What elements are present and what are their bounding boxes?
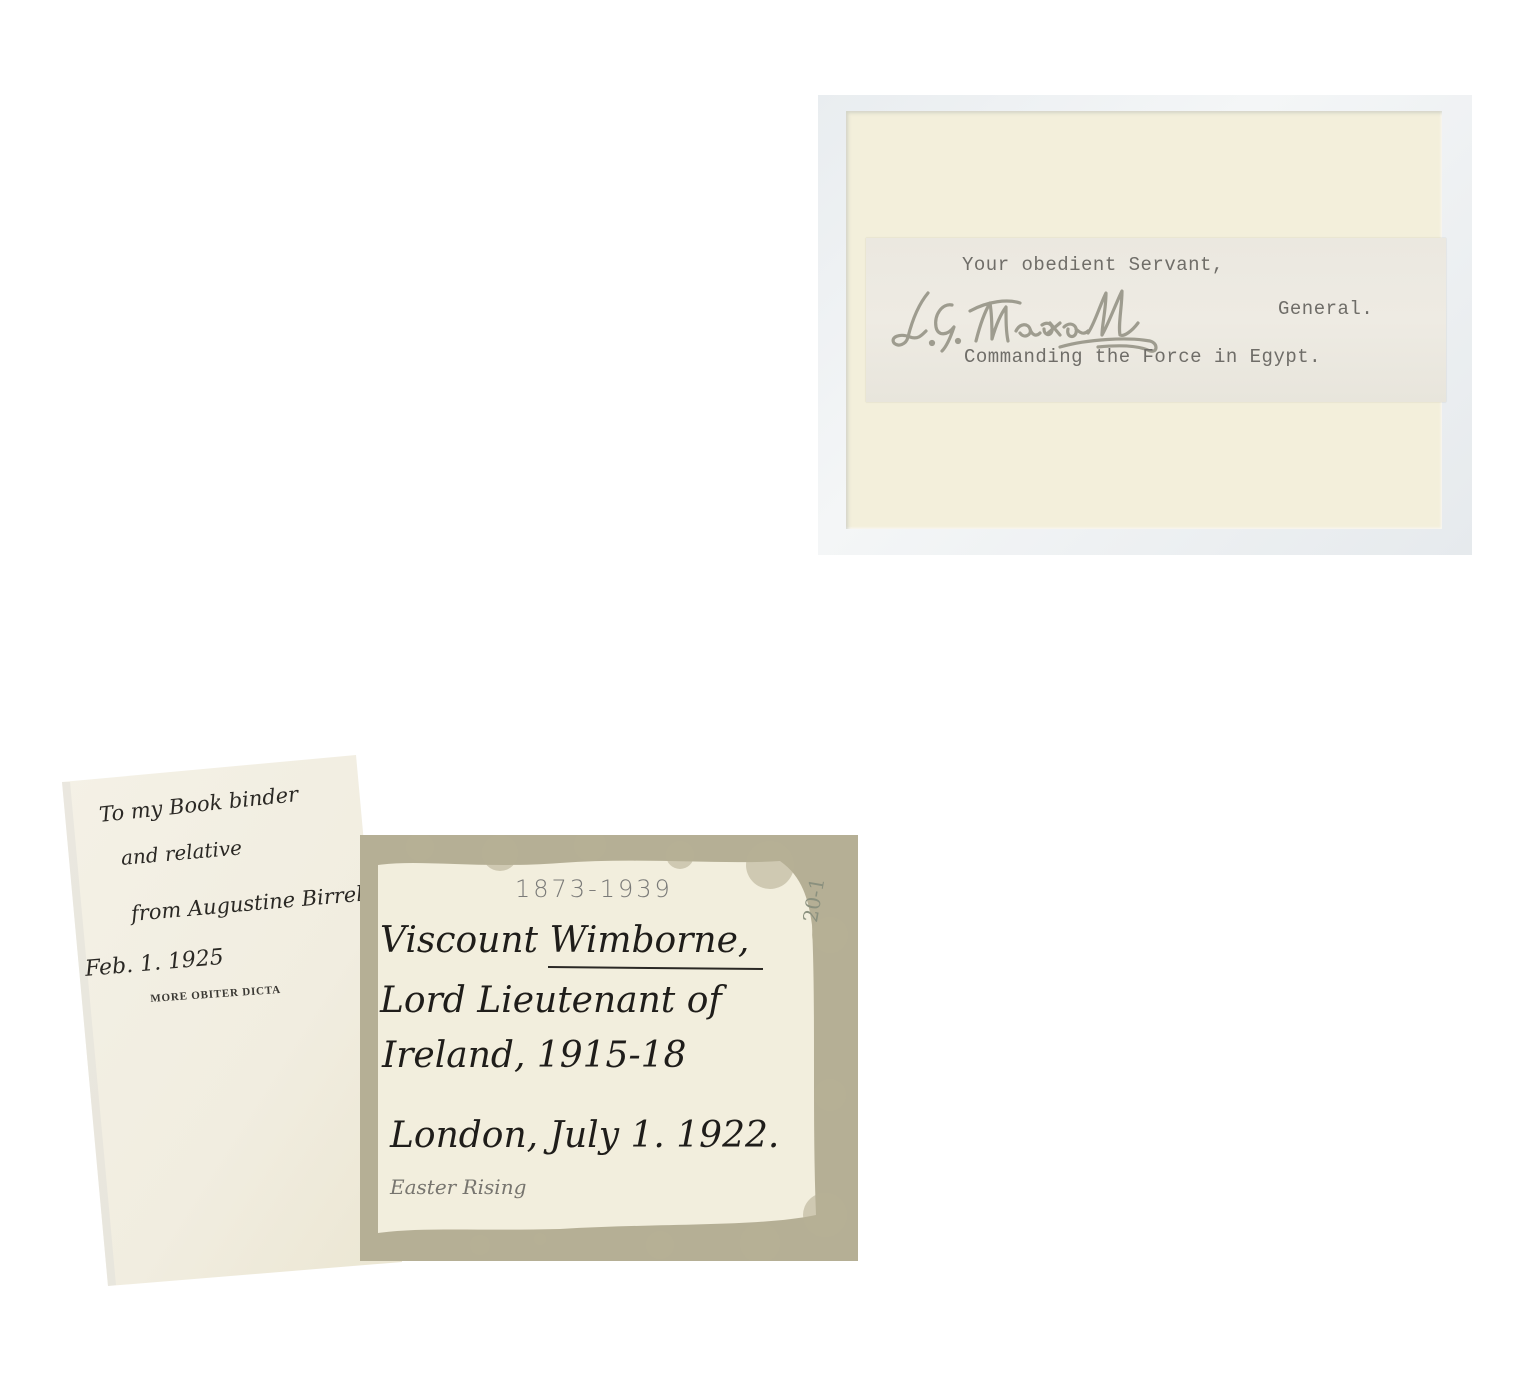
wimborne-line: London, July 1. 1922. bbox=[390, 1115, 779, 1156]
life-dates: 1873-1939 bbox=[515, 875, 673, 903]
wimborne-card: 1873-1939 Viscount Wimborne, Lord Lieute… bbox=[360, 835, 858, 1261]
inscription-line: To my Book binder bbox=[98, 782, 299, 827]
wimborne-line: Ireland, 1915-18 bbox=[382, 1035, 686, 1076]
command-line: Commanding the Force in Egypt. bbox=[964, 346, 1321, 368]
pencil-note: Easter Rising bbox=[390, 1175, 526, 1199]
closing-line: Your obedient Servant, bbox=[962, 254, 1224, 276]
inscription-signature: from Augustine Birrell bbox=[130, 881, 371, 926]
maxwell-signature-frame: Your obedient Servant, General. Commandi… bbox=[818, 95, 1472, 555]
wimborne-line: Viscount Wimborne, bbox=[380, 920, 749, 961]
inscription-date: Feb. 1. 1925 bbox=[84, 945, 225, 982]
rank-text: General. bbox=[1278, 298, 1373, 320]
wimborne-line: Lord Lieutenant of bbox=[380, 980, 722, 1021]
printed-book-title: MORE OBITER DICTA bbox=[150, 984, 281, 1005]
inscription-line: and relative bbox=[120, 835, 243, 869]
